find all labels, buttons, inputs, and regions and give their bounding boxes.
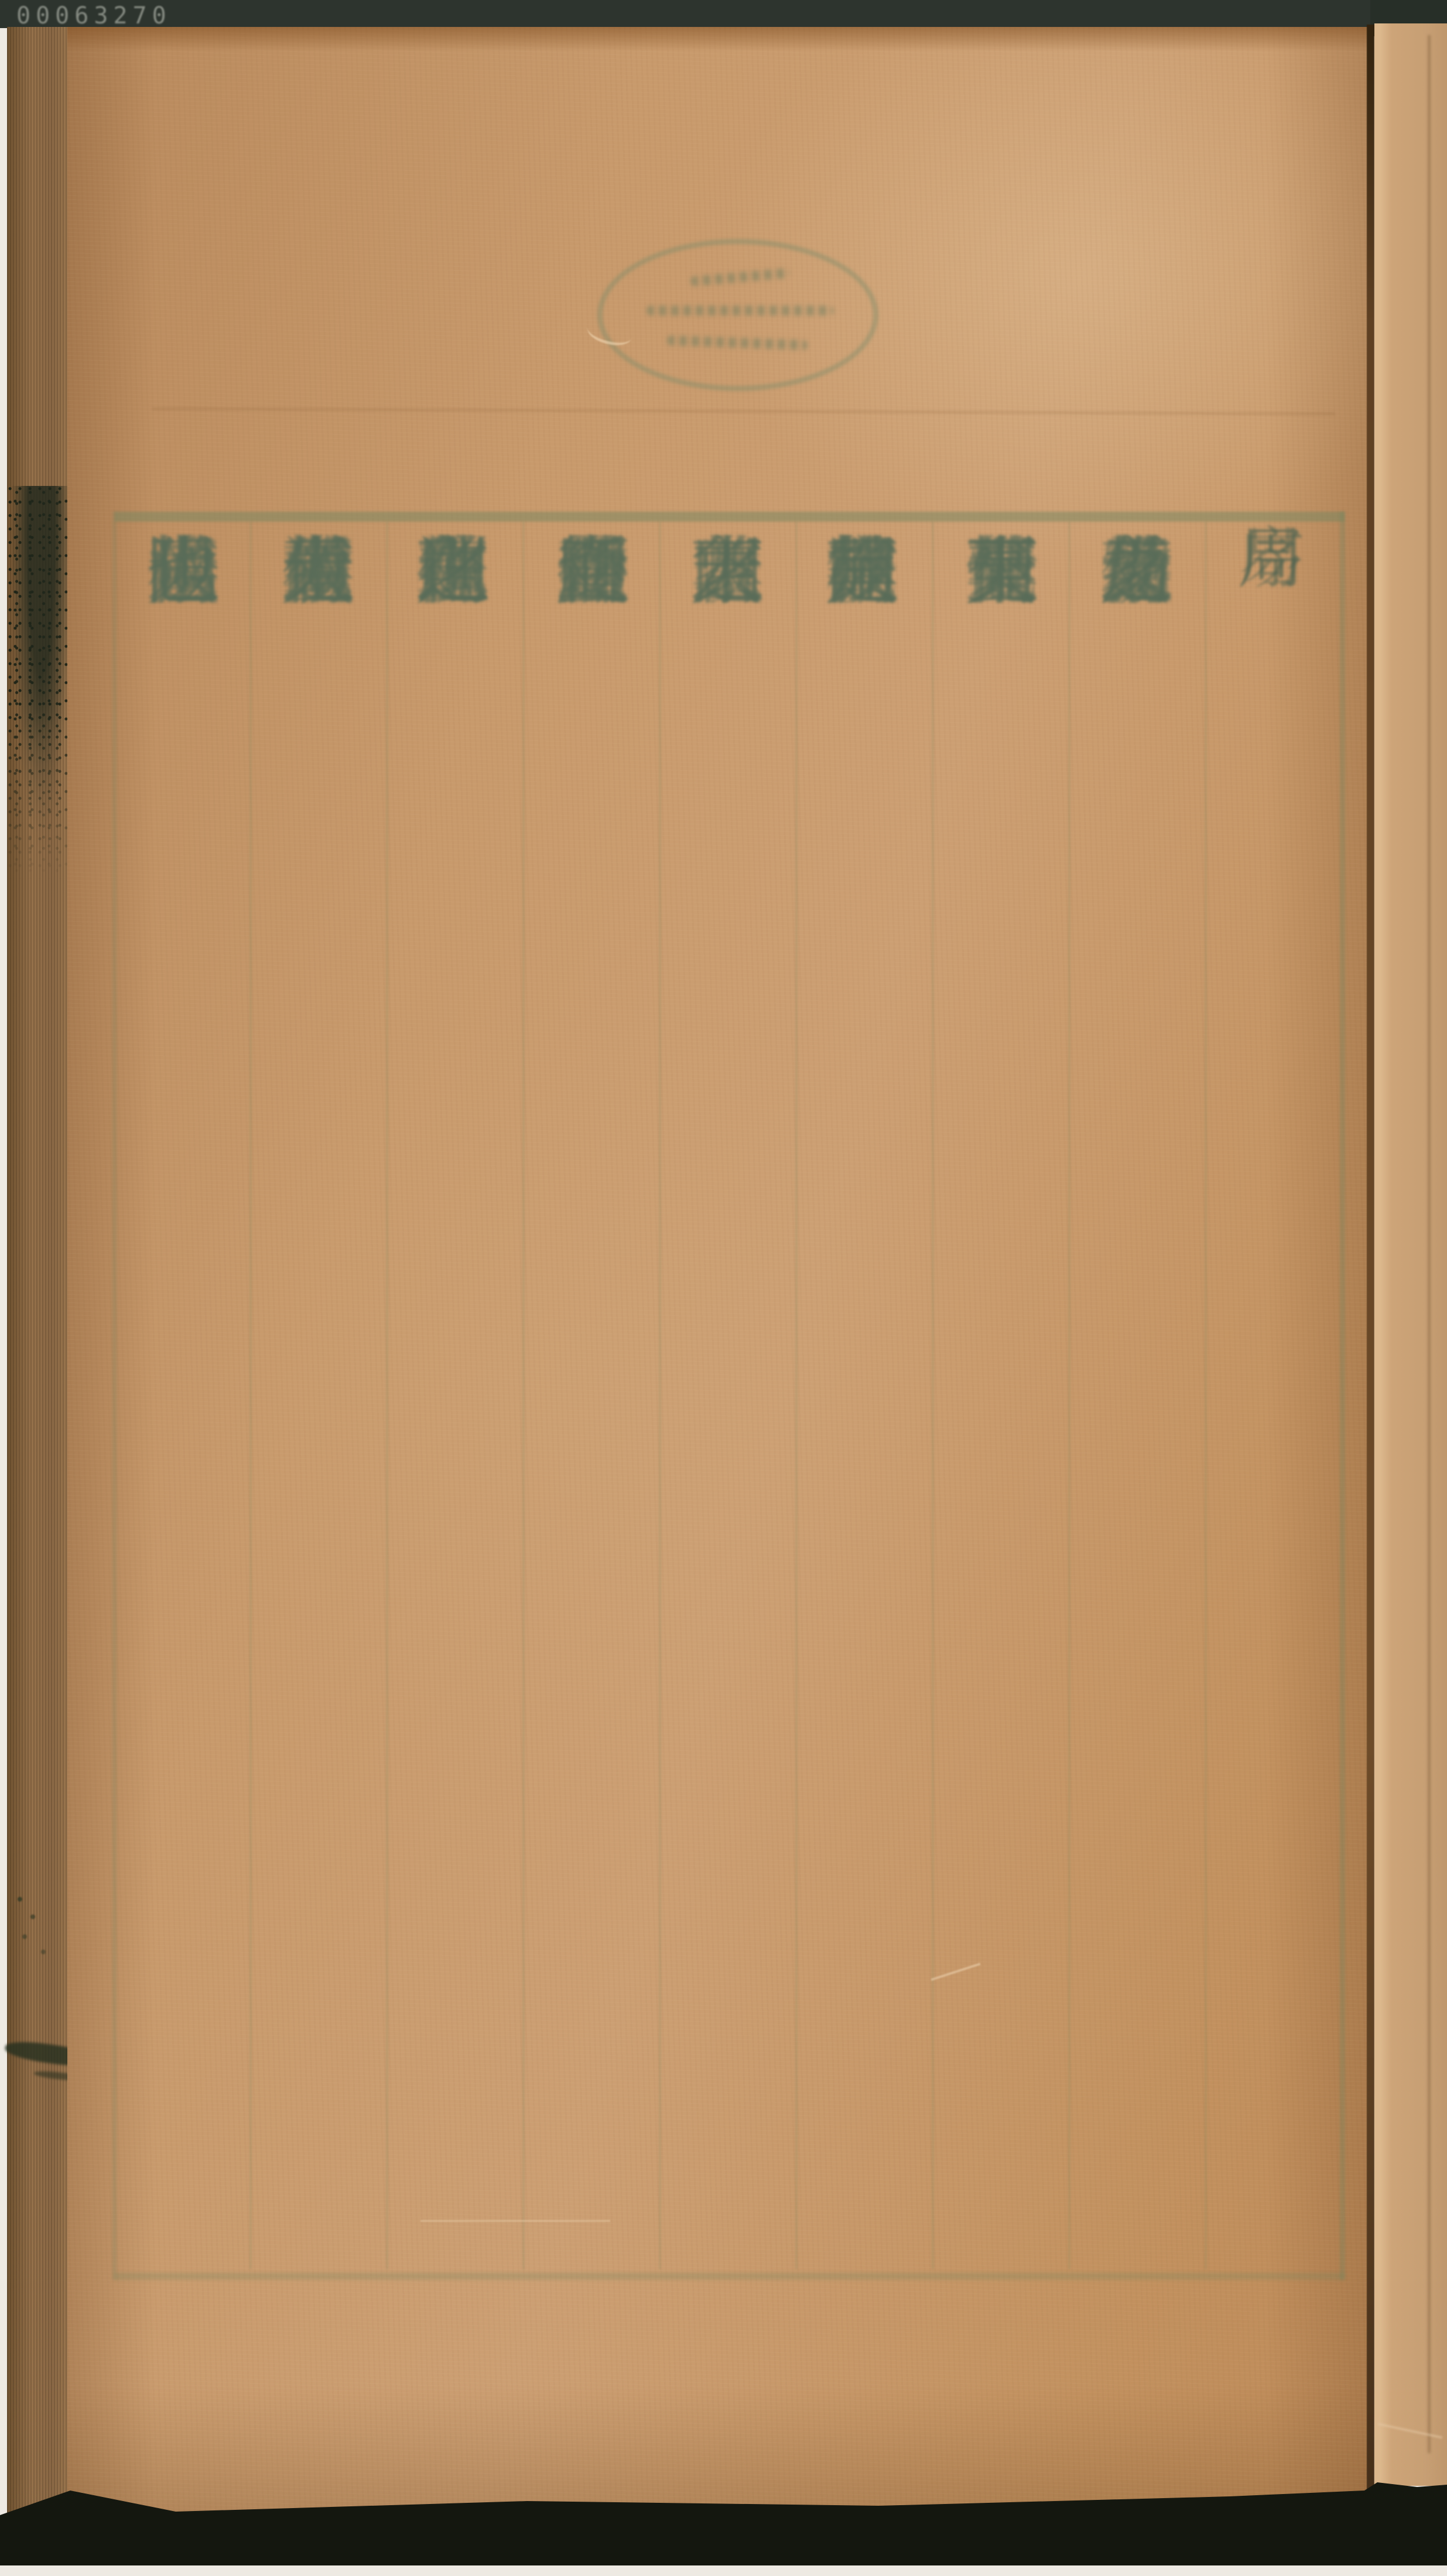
stamp-text-line bbox=[667, 335, 808, 350]
stamp-text-line bbox=[690, 268, 791, 287]
glyph: 而 bbox=[962, 521, 1042, 622]
frame-border-left bbox=[112, 512, 117, 2280]
column-rule bbox=[386, 522, 388, 2269]
paper-texture bbox=[67, 27, 1370, 2513]
column-rule bbox=[522, 522, 525, 2269]
column-rule bbox=[1205, 522, 1207, 2269]
stamp-text-line bbox=[646, 306, 834, 316]
library-stamp bbox=[597, 239, 878, 391]
column-rule bbox=[659, 522, 661, 2269]
frame-border-right bbox=[1340, 512, 1345, 2280]
glyph: 道 bbox=[278, 521, 358, 622]
next-page-edge bbox=[1374, 23, 1447, 2486]
scan-id-number: 00063270 bbox=[16, 2, 172, 29]
glyph: 變 bbox=[553, 521, 632, 622]
book-edge-left bbox=[7, 27, 69, 2514]
glyph: 定 bbox=[822, 521, 902, 622]
frame-border-top bbox=[115, 512, 1345, 522]
ink-dots bbox=[18, 1897, 22, 1902]
ink-speckle-patch bbox=[7, 486, 69, 896]
column-rule bbox=[932, 522, 934, 2269]
column-rule bbox=[795, 522, 798, 2269]
column-rule bbox=[1068, 522, 1070, 2269]
glyph: 序 bbox=[1232, 521, 1311, 596]
frame-border-bottom bbox=[115, 2273, 1345, 2280]
glyph: 之 bbox=[1097, 521, 1176, 622]
next-page-crease bbox=[1428, 35, 1431, 2453]
page-fold-line bbox=[1367, 25, 1374, 2491]
book-scan: 00063270 周易序易之爲書卦爻彖象之義備而天地萬物之情見聖人之憂天下來世其… bbox=[0, 0, 1447, 2576]
glyph: 則 bbox=[413, 521, 492, 622]
glyph: 四 bbox=[687, 521, 767, 622]
glyph: 也 bbox=[143, 521, 223, 622]
column-rule bbox=[249, 522, 252, 2269]
scratch-mark bbox=[420, 2220, 610, 2222]
page-top-edge-shadow bbox=[67, 27, 1370, 52]
scan-top-band bbox=[0, 0, 1447, 28]
